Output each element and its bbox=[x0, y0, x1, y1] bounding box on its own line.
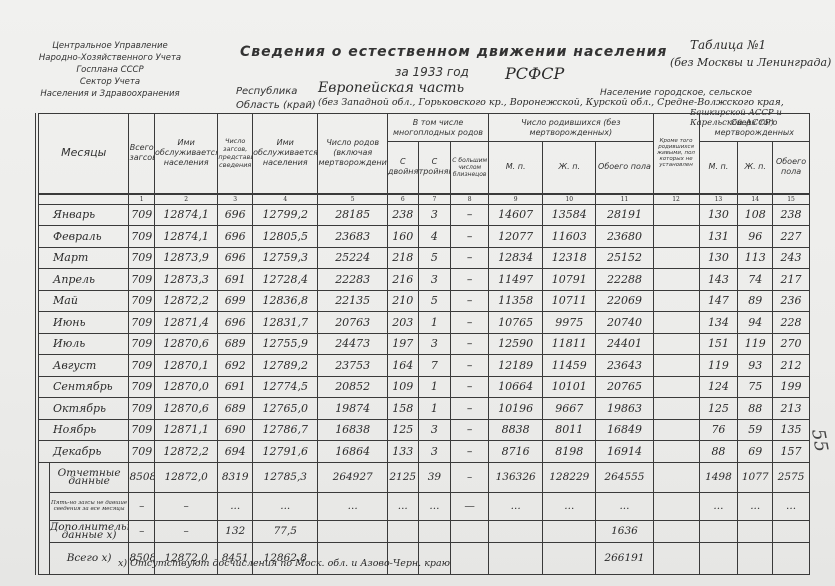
table-row: Июнь70912871,469612831,7207632031–107659… bbox=[37, 312, 810, 334]
table-cell: 11603 bbox=[543, 226, 596, 248]
col-num: 9 bbox=[489, 194, 543, 205]
table-cell: 696 bbox=[218, 226, 253, 248]
table-cell: 227 bbox=[773, 226, 810, 248]
table-cell: 119 bbox=[738, 333, 773, 355]
table-cell: 5 bbox=[418, 247, 451, 269]
org-line: Сектор Учета bbox=[30, 76, 190, 88]
table-cell: 20852 bbox=[318, 376, 387, 398]
table-cell: 12872,2 bbox=[154, 290, 217, 312]
year-section-label: За год bbox=[37, 462, 49, 574]
table-cell: 12874,1 bbox=[154, 226, 217, 248]
table-cell: 74 bbox=[738, 269, 773, 291]
table-cell: 9667 bbox=[543, 398, 596, 420]
table-cell: 12870,0 bbox=[154, 376, 217, 398]
org-line: Госплана СССР bbox=[30, 64, 190, 76]
table-cell: 23680 bbox=[596, 226, 653, 248]
table-cell: 11358 bbox=[489, 290, 543, 312]
col-births-count: Число родов (включая мертворождения) bbox=[318, 114, 387, 194]
table-cell: 88 bbox=[738, 398, 773, 420]
table-cell: 709 bbox=[129, 419, 155, 441]
table-cell bbox=[387, 520, 418, 542]
table-cell: ... bbox=[218, 492, 253, 520]
col-months: Месяцы bbox=[37, 114, 129, 194]
col-population-served-reported: Ими обслуживается населения bbox=[253, 114, 318, 194]
table-cell: 20763 bbox=[318, 312, 387, 334]
table-cell: 7 bbox=[418, 355, 451, 377]
table-cell: 3 bbox=[418, 269, 451, 291]
table-cell: 10101 bbox=[543, 376, 596, 398]
table-cell: 264555 bbox=[596, 462, 653, 492]
table-cell: 12873,9 bbox=[154, 247, 217, 269]
table-cell: 3 bbox=[418, 419, 451, 441]
table-cell bbox=[318, 520, 387, 542]
table-cell: 9975 bbox=[543, 312, 596, 334]
table-cell: 709 bbox=[129, 204, 155, 226]
org-line: Населения и Здравоохранения bbox=[30, 88, 190, 100]
table-cell: 709 bbox=[129, 398, 155, 420]
table-cell bbox=[653, 247, 699, 269]
table-cell: ... bbox=[738, 492, 773, 520]
table-cell: 8716 bbox=[489, 441, 543, 463]
col-num: 1 bbox=[129, 194, 155, 205]
table-cell: – bbox=[154, 492, 217, 520]
table-cell: 709 bbox=[129, 376, 155, 398]
table-cell: 157 bbox=[773, 441, 810, 463]
table-cell: 5 bbox=[418, 290, 451, 312]
table-cell: 12728,4 bbox=[253, 269, 318, 291]
table-cell: 89 bbox=[738, 290, 773, 312]
table-cell: 8838 bbox=[489, 419, 543, 441]
organization-block: Центральное Управление Народно-Хозяйстве… bbox=[30, 40, 190, 100]
table-cell: – bbox=[451, 226, 489, 248]
table-cell: 12805,5 bbox=[253, 226, 318, 248]
table-cell: 164 bbox=[387, 355, 418, 377]
table-cell bbox=[653, 226, 699, 248]
table-cell: 12836,8 bbox=[253, 290, 318, 312]
table-cell: 10196 bbox=[489, 398, 543, 420]
table-cell: 3 bbox=[418, 333, 451, 355]
table-cell: 1 bbox=[418, 312, 451, 334]
monthly-rows: Январь70912874,169612799,2281852383–1460… bbox=[37, 204, 810, 462]
table-cell: 22288 bbox=[596, 269, 653, 291]
table-row: Ноябрь70912871,169012786,7168381253–8838… bbox=[37, 419, 810, 441]
col-stillborn-male: М. п. bbox=[699, 142, 738, 194]
table-cell bbox=[653, 333, 699, 355]
table-cell: ... bbox=[596, 492, 653, 520]
table-cell: ... bbox=[253, 492, 318, 520]
table-cell: 23683 bbox=[318, 226, 387, 248]
table-cell: 11497 bbox=[489, 269, 543, 291]
table-cell: – bbox=[451, 419, 489, 441]
col-group-multiple-births: В том числе многоплодных родов bbox=[387, 114, 488, 142]
year-row-label: Отчетные данные bbox=[49, 462, 129, 492]
table-cell: – bbox=[451, 441, 489, 463]
table-cell: 158 bbox=[387, 398, 418, 420]
col-num: 12 bbox=[653, 194, 699, 205]
table-cell: 113 bbox=[738, 247, 773, 269]
table-cell: 94 bbox=[738, 312, 773, 334]
table-cell: 709 bbox=[129, 333, 155, 355]
table-cell: 76 bbox=[699, 419, 738, 441]
table-cell bbox=[653, 376, 699, 398]
table-cell: 238 bbox=[387, 204, 418, 226]
table-cell: 10791 bbox=[543, 269, 596, 291]
year-row: Дополнительные данные x)––13277,51636 bbox=[37, 520, 810, 542]
table-cell: 236 bbox=[773, 290, 810, 312]
table-cell: 12870,6 bbox=[154, 333, 217, 355]
table-cell: 28191 bbox=[596, 204, 653, 226]
col-stillborn-both: Обоего пола bbox=[773, 142, 810, 194]
table-cell: 694 bbox=[218, 441, 253, 463]
table-cell: 12874,1 bbox=[154, 204, 217, 226]
table-cell bbox=[653, 269, 699, 291]
table-cell: ... bbox=[699, 492, 738, 520]
table-cell bbox=[653, 419, 699, 441]
table-cell: 24473 bbox=[318, 333, 387, 355]
table-cell: 11459 bbox=[543, 355, 596, 377]
table-cell: 134 bbox=[699, 312, 738, 334]
table-row: Июль70912870,668912755,9244731973–125901… bbox=[37, 333, 810, 355]
table-cell bbox=[489, 542, 543, 574]
table-cell: – bbox=[451, 204, 489, 226]
table-cell: 22069 bbox=[596, 290, 653, 312]
col-total-zags: Всего загсов bbox=[129, 114, 155, 194]
col-num: 13 bbox=[699, 194, 738, 205]
table-cell bbox=[773, 520, 810, 542]
table-cell: 2125 bbox=[387, 462, 418, 492]
table-cell: 39 bbox=[418, 462, 451, 492]
table-cell: 12786,7 bbox=[253, 419, 318, 441]
month-label: Октябрь bbox=[37, 398, 129, 420]
table-cell: 12871,4 bbox=[154, 312, 217, 334]
table-cell: 19874 bbox=[318, 398, 387, 420]
table-cell: 12077 bbox=[489, 226, 543, 248]
table-cell: 124 bbox=[699, 376, 738, 398]
table-cell: 130 bbox=[699, 204, 738, 226]
table-cell: 23753 bbox=[318, 355, 387, 377]
table-cell: 12590 bbox=[489, 333, 543, 355]
table-row: Январь70912874,169612799,2281852383–1460… bbox=[37, 204, 810, 226]
table-cell: 1636 bbox=[596, 520, 653, 542]
table-cell: 210 bbox=[387, 290, 418, 312]
table-cell: – bbox=[451, 312, 489, 334]
table-cell: ... bbox=[318, 492, 387, 520]
col-num: 8 bbox=[451, 194, 489, 205]
table-cell: 197 bbox=[387, 333, 418, 355]
table-cell: ... bbox=[387, 492, 418, 520]
table-cell bbox=[543, 542, 596, 574]
table-cell: 16838 bbox=[318, 419, 387, 441]
table-cell bbox=[451, 542, 489, 574]
table-cell: 699 bbox=[218, 290, 253, 312]
table-cell bbox=[738, 520, 773, 542]
col-num: 2 bbox=[154, 194, 217, 205]
table-cell: 12870,1 bbox=[154, 355, 217, 377]
month-label: Ноябрь bbox=[37, 419, 129, 441]
oblast-value: (без Западной обл., Горьковского кр., Во… bbox=[318, 97, 818, 108]
table-cell bbox=[653, 441, 699, 463]
table-cell: – bbox=[451, 247, 489, 269]
table-cell: 8319 bbox=[218, 462, 253, 492]
table-cell: 1077 bbox=[738, 462, 773, 492]
table-cell: 131 bbox=[699, 226, 738, 248]
month-label: Август bbox=[37, 355, 129, 377]
col-num: 7 bbox=[418, 194, 451, 205]
table-cell: 692 bbox=[218, 355, 253, 377]
table-cell: 696 bbox=[218, 204, 253, 226]
table-cell: 93 bbox=[738, 355, 773, 377]
table-cell: 1 bbox=[418, 376, 451, 398]
table-cell bbox=[738, 542, 773, 574]
table-cell: 3 bbox=[418, 204, 451, 226]
table-cell: 12774,5 bbox=[253, 376, 318, 398]
table-cell: 203 bbox=[387, 312, 418, 334]
table-cell: 696 bbox=[218, 312, 253, 334]
table-cell: 689 bbox=[218, 333, 253, 355]
table-cell: 88 bbox=[699, 441, 738, 463]
table-cell: 264927 bbox=[318, 462, 387, 492]
table-cell bbox=[699, 542, 738, 574]
table-row: Апрель70912873,369112728,4222832163–1149… bbox=[37, 269, 810, 291]
table-cell: 12870,6 bbox=[154, 398, 217, 420]
table-cell: 11811 bbox=[543, 333, 596, 355]
table-cell: 14607 bbox=[489, 204, 543, 226]
col-born-female: Ж. п. bbox=[543, 142, 596, 194]
table-cell: 136326 bbox=[489, 462, 543, 492]
table-cell: 243 bbox=[773, 247, 810, 269]
table-cell bbox=[653, 398, 699, 420]
table-cell: 19863 bbox=[596, 398, 653, 420]
table-cell: 12765,0 bbox=[253, 398, 318, 420]
year-row-label: Пять-но загсы не давшие сведения за все … bbox=[49, 492, 129, 520]
col-group-stillborn: Сверх того мертворожденных bbox=[699, 114, 809, 142]
year-row-label: Всего x) bbox=[49, 542, 129, 574]
table-cell: 228 bbox=[773, 312, 810, 334]
table-cell bbox=[773, 542, 810, 574]
table-cell: ... bbox=[418, 492, 451, 520]
table-cell: 24401 bbox=[596, 333, 653, 355]
table-cell: 213 bbox=[773, 398, 810, 420]
table-cell: 218 bbox=[387, 247, 418, 269]
table-cell: 75 bbox=[738, 376, 773, 398]
table-cell: 109 bbox=[387, 376, 418, 398]
month-label: Апрель bbox=[37, 269, 129, 291]
table-cell: 689 bbox=[218, 398, 253, 420]
table-cell: 709 bbox=[129, 290, 155, 312]
table-cell: 22283 bbox=[318, 269, 387, 291]
col-num: 11 bbox=[596, 194, 653, 205]
table-cell: 20765 bbox=[596, 376, 653, 398]
month-label: Май bbox=[37, 290, 129, 312]
table-cell: 160 bbox=[387, 226, 418, 248]
footnote: x) Отсутствуют досчисления по Моск. обл.… bbox=[118, 558, 450, 569]
col-sex-unknown: Кроме того родившихся живыми, пол которы… bbox=[653, 114, 699, 194]
table-cell: 23643 bbox=[596, 355, 653, 377]
table-cell: 108 bbox=[738, 204, 773, 226]
table-cell: 16914 bbox=[596, 441, 653, 463]
table-cell: 25224 bbox=[318, 247, 387, 269]
column-numbers-row: 1 2 3 4 5 6 7 8 9 10 11 12 13 14 15 bbox=[37, 194, 810, 205]
table-cell bbox=[653, 204, 699, 226]
col-born-both: Обоего пола bbox=[596, 142, 653, 194]
table-cell bbox=[489, 520, 543, 542]
table-cell: 709 bbox=[129, 312, 155, 334]
col-triplets: С тройнями bbox=[418, 142, 451, 194]
table-cell: 12799,2 bbox=[253, 204, 318, 226]
oblast-label: Область (край) bbox=[236, 100, 316, 111]
table-cell: 132 bbox=[218, 520, 253, 542]
table-cell: – bbox=[129, 520, 155, 542]
table-cell bbox=[699, 520, 738, 542]
document-title: Сведения о естественном движении населен… bbox=[240, 44, 667, 60]
table-cell: – bbox=[451, 290, 489, 312]
month-label: Декабрь bbox=[37, 441, 129, 463]
month-label: Июль bbox=[37, 333, 129, 355]
table-cell: 25152 bbox=[596, 247, 653, 269]
table-cell: 10664 bbox=[489, 376, 543, 398]
table-cell: ... bbox=[489, 492, 543, 520]
table-cell: 12872,0 bbox=[154, 462, 217, 492]
table-cell: 12759,3 bbox=[253, 247, 318, 269]
table-cell: 12755,9 bbox=[253, 333, 318, 355]
col-born-male: М. п. bbox=[489, 142, 543, 194]
table-cell: 20740 bbox=[596, 312, 653, 334]
col-num: 4 bbox=[253, 194, 318, 205]
table-cell: – bbox=[451, 462, 489, 492]
table-cell: 12872,2 bbox=[154, 441, 217, 463]
table-cell: 2575 bbox=[773, 462, 810, 492]
table-cell: 709 bbox=[129, 247, 155, 269]
table-cell: 1498 bbox=[699, 462, 738, 492]
table-cell: – bbox=[451, 355, 489, 377]
table-cell: 16864 bbox=[318, 441, 387, 463]
table-cell: 125 bbox=[387, 419, 418, 441]
table-cell: 12789,2 bbox=[253, 355, 318, 377]
month-label: Февраль bbox=[37, 226, 129, 248]
table-row: Март70912873,969612759,3252242185–128341… bbox=[37, 247, 810, 269]
table-cell: 12871,1 bbox=[154, 419, 217, 441]
table-cell bbox=[653, 492, 699, 520]
table-cell: – bbox=[129, 492, 155, 520]
republic-label: Республика bbox=[236, 86, 297, 97]
table-cell: – bbox=[451, 376, 489, 398]
exclusion-note: (без Москвы и Ленинграда) bbox=[670, 56, 831, 69]
table-cell: 8508 bbox=[129, 462, 155, 492]
col-zags-reported: Число загсов, представивших сведения bbox=[218, 114, 253, 194]
table-cell: 709 bbox=[129, 269, 155, 291]
table-cell: – bbox=[451, 398, 489, 420]
table-cell: 22135 bbox=[318, 290, 387, 312]
table-cell: 691 bbox=[218, 376, 253, 398]
table-row: Октябрь70912870,668912765,0198741581–101… bbox=[37, 398, 810, 420]
table-cell: 16849 bbox=[596, 419, 653, 441]
table-cell: 12834 bbox=[489, 247, 543, 269]
table-cell: 270 bbox=[773, 333, 810, 355]
table-cell: 77,5 bbox=[253, 520, 318, 542]
table-row: Май70912872,269912836,8221352105–1135810… bbox=[37, 290, 810, 312]
table-cell: 1 bbox=[418, 398, 451, 420]
table-cell: – bbox=[154, 520, 217, 542]
republic-value: Европейская часть bbox=[318, 80, 464, 96]
table-cell: 10711 bbox=[543, 290, 596, 312]
table-cell: 216 bbox=[387, 269, 418, 291]
year-label: за 1933 год bbox=[395, 65, 469, 79]
table-cell: 13584 bbox=[543, 204, 596, 226]
col-num: 3 bbox=[218, 194, 253, 205]
statistics-table: Месяцы Всего загсов Ими обслуживается на… bbox=[35, 113, 810, 575]
col-num bbox=[37, 194, 129, 205]
table-cell: 147 bbox=[699, 290, 738, 312]
table-cell bbox=[418, 520, 451, 542]
table-cell: 238 bbox=[773, 204, 810, 226]
table-row: Сентябрь70912870,069112774,5208521091–10… bbox=[37, 376, 810, 398]
col-group-born: Число родившихся (без мертворожденных) bbox=[489, 114, 653, 142]
table-row: Август70912870,169212789,2237531647–1218… bbox=[37, 355, 810, 377]
table-cell: 151 bbox=[699, 333, 738, 355]
table-cell: 8198 bbox=[543, 441, 596, 463]
document-page: Центральное Управление Народно-Хозяйстве… bbox=[0, 0, 835, 586]
table-cell: 3 bbox=[418, 441, 451, 463]
year-row: За годОтчетные данные850812872,083191278… bbox=[37, 462, 810, 492]
table-cell: ... bbox=[773, 492, 810, 520]
table-cell: 12189 bbox=[489, 355, 543, 377]
table-cell: 96 bbox=[738, 226, 773, 248]
table-cell: 12791,6 bbox=[253, 441, 318, 463]
year-row: Пять-но загсы не давшие сведения за все … bbox=[37, 492, 810, 520]
col-twins: С двойнями bbox=[387, 142, 418, 194]
col-num: 15 bbox=[773, 194, 810, 205]
table-cell: 217 bbox=[773, 269, 810, 291]
table-cell: ... bbox=[543, 492, 596, 520]
table-cell bbox=[653, 355, 699, 377]
table-cell: – bbox=[451, 333, 489, 355]
table-cell: 133 bbox=[387, 441, 418, 463]
table-cell bbox=[451, 520, 489, 542]
table-cell: 709 bbox=[129, 441, 155, 463]
table-cell: 12785,3 bbox=[253, 462, 318, 492]
table-cell: 130 bbox=[699, 247, 738, 269]
table-cell: 709 bbox=[129, 355, 155, 377]
month-label: Сентябрь bbox=[37, 376, 129, 398]
table-cell bbox=[653, 290, 699, 312]
table-cell bbox=[653, 520, 699, 542]
table-cell: 69 bbox=[738, 441, 773, 463]
table-cell: 135 bbox=[773, 419, 810, 441]
table-cell: 12318 bbox=[543, 247, 596, 269]
table-row: Декабрь70912872,269412791,6168641333–871… bbox=[37, 441, 810, 463]
table-cell: – bbox=[451, 269, 489, 291]
month-label: Март bbox=[37, 247, 129, 269]
table-cell: 119 bbox=[699, 355, 738, 377]
region-name: РСФСР bbox=[505, 64, 564, 83]
table-cell: 696 bbox=[218, 247, 253, 269]
header-row-1: Месяцы Всего загсов Ими обслуживается на… bbox=[37, 114, 810, 142]
table-cell bbox=[653, 312, 699, 334]
table-cell: 125 bbox=[699, 398, 738, 420]
table-cell: 59 bbox=[738, 419, 773, 441]
org-line: Центральное Управление bbox=[30, 40, 190, 52]
table-cell: 212 bbox=[773, 355, 810, 377]
org-line: Народно-Хозяйственного Учета bbox=[30, 52, 190, 64]
table-cell bbox=[653, 462, 699, 492]
table-cell: 4 bbox=[418, 226, 451, 248]
table-cell bbox=[543, 520, 596, 542]
table-cell: 128229 bbox=[543, 462, 596, 492]
col-num: 14 bbox=[738, 194, 773, 205]
col-stillborn-female: Ж. п. bbox=[738, 142, 773, 194]
col-more: С большим числом близнецов bbox=[451, 142, 489, 194]
table-row: Февраль70912874,169612805,5236831604–120… bbox=[37, 226, 810, 248]
